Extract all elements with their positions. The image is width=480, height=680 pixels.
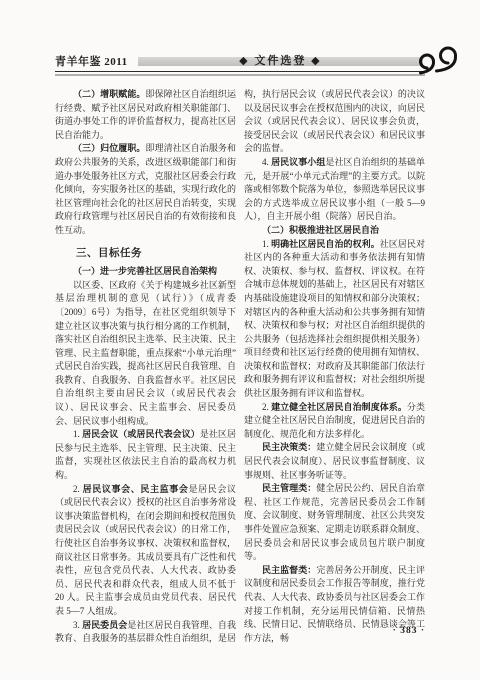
paragraph: （三）归位履职。即理清社区自治服务和政府公共服务的关系，改进区级职能部门和街道办… bbox=[55, 142, 236, 237]
paragraph: 3. 居民委员会是社区居民自我管理、自我教育、自我服务的基层群众性自治组织，是居… bbox=[55, 619, 236, 644]
section-heading: 三、目标任务 bbox=[55, 247, 236, 261]
page-header: 青羊年鉴 2011 ◆ 文件选登 ◆ bbox=[55, 50, 425, 72]
body-text: 2. bbox=[73, 484, 83, 494]
paragraph: 4. 居民议事小组是社区自治组织的基础单元，是开展“小单元式治理”的主要方式。以… bbox=[244, 156, 425, 224]
page-number: · 383 · bbox=[393, 626, 425, 636]
calligraphic-swirl-icon bbox=[407, 45, 459, 79]
left-column: （二）增职赋能。即保障社区自治组织运行经费、赋予社区居民对政府相关职能部门、街道… bbox=[55, 88, 236, 644]
emphasis-text: （三）归位履职。 bbox=[73, 143, 145, 153]
document-body: （二）增职赋能。即保障社区自治组织运行经费、赋予社区居民对政府相关职能部门、街道… bbox=[55, 88, 425, 644]
section-heading: （一）进一步完善社区居民自治架构 bbox=[55, 265, 236, 279]
body-text: 即理清社区自治服务和政府公共服务的关系，改进区级职能部门和街道办事处服务社区方式… bbox=[55, 143, 236, 235]
emphasis-text: 明确社区居民自治的权利。 bbox=[271, 239, 380, 249]
header-rule-gray bbox=[55, 74, 425, 77]
paragraph: 以区委、区政府《关于构建城乡社区新型基层治理机制的意见（试行）》（成青委〔200… bbox=[55, 279, 236, 429]
emphasis-text: 居民议事会、民主监事会 bbox=[83, 484, 189, 494]
body-text: 健全居民公约、居民自治章程、社区工作规范，完善居民委员会工作制度、会议制度、财务… bbox=[244, 483, 425, 561]
body-text: 构，执行居民会议（或居民代表会议）的决议以及居民议事会在授权范围内的决议，向居民… bbox=[244, 89, 425, 153]
emphasis-text: 建立健全社区居民自治制度体系。 bbox=[271, 402, 407, 412]
emphasis-text: 居民委员会 bbox=[82, 620, 127, 630]
body-text: 1. bbox=[262, 239, 271, 249]
body-text: 1. bbox=[73, 429, 82, 439]
emphasis-text: （二）积极推进社区居民自治 bbox=[262, 225, 379, 235]
body-text: 是居民会议（或居民代表会议）授权的社区自治事务常设议事决策监督机构，在闭会期间和… bbox=[55, 484, 236, 616]
emphasis-text: 居民议事小组 bbox=[271, 157, 325, 167]
section-title: ◆ 文件选登 ◆ bbox=[239, 57, 321, 66]
header-band: ◆ 文件选登 ◆ bbox=[138, 57, 423, 66]
book-title: 青羊年鉴 2011 bbox=[55, 53, 128, 69]
emphasis-text: 民主决策类： bbox=[262, 442, 316, 452]
emphasis-text: （一）进一步完善社区居民自治架构 bbox=[73, 266, 217, 276]
body-text: 4. bbox=[262, 157, 271, 167]
paragraph: 1. 居民会议（或居民代表会议）是社区居民参与民主选举、民主管理、民主决策、民主… bbox=[55, 428, 236, 482]
emphasis-text: 民主管理类： bbox=[262, 483, 316, 493]
body-text: 社区居民对社区内的各种重大活动和事务依法拥有知情权、决策权、参与权、监督权、评议… bbox=[244, 239, 425, 399]
emphasis-text: 民主监督类： bbox=[262, 565, 316, 575]
emphasis-text: 居民会议（或居民代表会议） bbox=[82, 429, 200, 439]
paragraph: 民主管理类：健全居民公约、居民自治章程、社区工作规范，完善居民委员会工作制度、会… bbox=[244, 482, 425, 564]
section-heading: （二）积极推进社区居民自治 bbox=[244, 224, 425, 238]
right-column: 构，执行居民会议（或居民代表会议）的决议以及居民议事会在授权范围内的决议，向居民… bbox=[244, 88, 425, 644]
body-text: 以区委、区政府《关于构建城乡社区新型基层治理机制的意见（试行）》（成青委〔200… bbox=[55, 280, 236, 426]
paragraph: （二）增职赋能。即保障社区自治组织运行经费、赋予社区居民对政府相关职能部门、街道… bbox=[55, 88, 236, 142]
paragraph: 1. 明确社区居民自治的权利。社区居民对社区内的各种重大活动和事务依法拥有知情权… bbox=[244, 238, 425, 401]
paragraph: 2. 建立健全社区居民自治制度体系。分类建立健全社区居民自治制度，促进居民自治的… bbox=[244, 401, 425, 442]
paragraph: 2. 居民议事会、民主监事会是居民会议（或居民代表会议）授权的社区自治事务常设议… bbox=[55, 483, 236, 619]
body-text: 3. bbox=[73, 620, 82, 630]
emphasis-text: （二）增职赋能。 bbox=[73, 89, 145, 99]
header-rule-dark bbox=[55, 71, 425, 72]
paragraph: 构，执行居民会议（或居民代表会议）的决议以及居民议事会在授权范围内的决议，向居民… bbox=[244, 88, 425, 156]
body-text: 2. bbox=[262, 402, 271, 412]
paragraph: 民主决策类：建立健全居民会议制度（或居民代表会议制度）、居民议事监督制度、议事规… bbox=[244, 441, 425, 482]
yearbook-page: 青羊年鉴 2011 ◆ 文件选登 ◆ （二）增职赋能。即保障社区自治组织运行经费… bbox=[0, 0, 480, 680]
emphasis-text: 三、目标任务 bbox=[76, 247, 142, 259]
